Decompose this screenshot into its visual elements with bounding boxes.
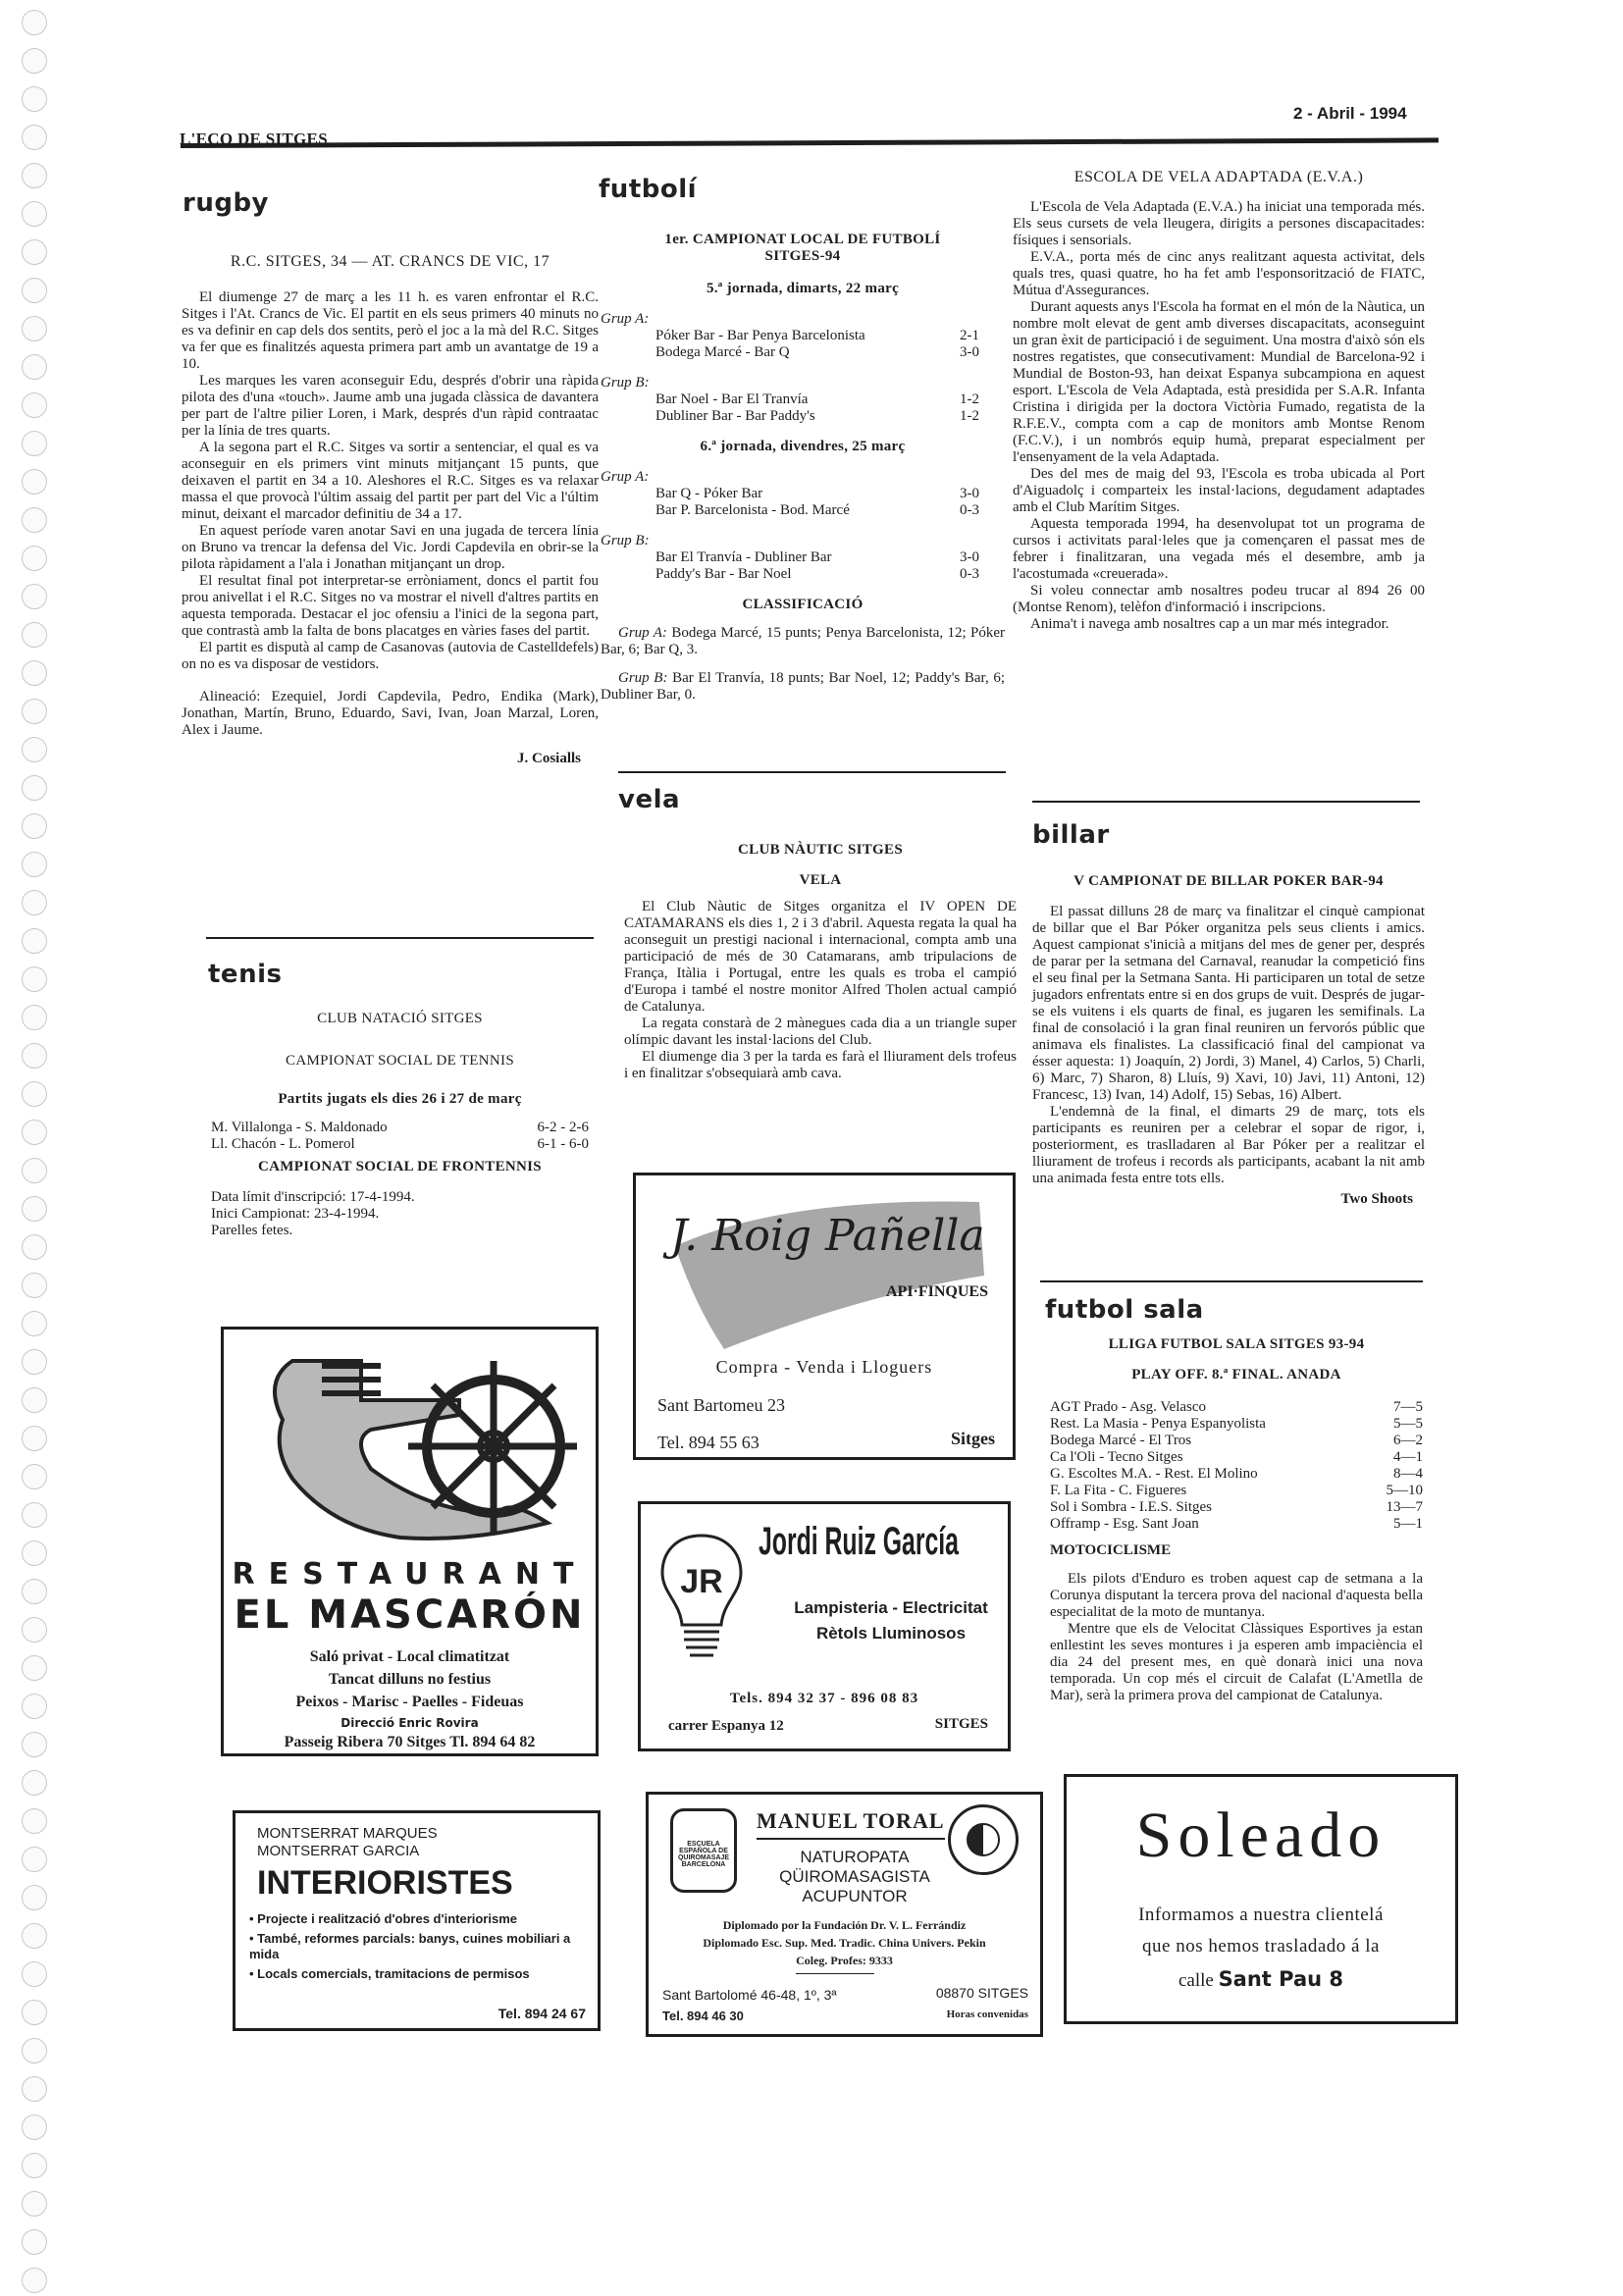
yin-yang-seal-icon: [948, 1804, 1019, 1875]
group-label: Grup A:: [618, 625, 667, 641]
match-teams: Bar Q - Póker Bar: [601, 486, 762, 502]
service-item: • També, reformes parcials: banys, cuine…: [249, 1931, 593, 1962]
section-heading-tenis: tenis: [208, 960, 282, 989]
tennis-championship-title: CAMPIONAT SOCIAL DE TENNIS: [211, 1053, 589, 1070]
match-teams: Póker Bar - Bar Penya Barcelonista: [601, 328, 865, 344]
binding-hole: [22, 1349, 47, 1375]
match-score: 3-0: [960, 344, 1005, 361]
round-heading: 6.ª jornada, divendres, 25 març: [601, 439, 1005, 455]
match-teams: Bodega Marcé - Bar Q: [601, 344, 790, 361]
ad-jordi-ruiz-phones: Tels. 894 32 37 - 896 08 83: [641, 1691, 1008, 1707]
match-score: 6—2: [1393, 1433, 1423, 1449]
section-heading-futboli: futbolí: [599, 175, 697, 204]
ad-roig-brand: API·FINQUES: [886, 1283, 988, 1301]
binding-hole: [22, 1196, 47, 1222]
binding-hole: [22, 2076, 47, 2102]
binding-hole: [22, 431, 47, 456]
ad-jordi-ruiz-garcia: JR Jordi Ruiz García Lampisteria - Elect…: [638, 1501, 1011, 1751]
masthead-rule: [181, 137, 1439, 148]
match-row: Sol i Sombra - I.E.S. Sitges13—7: [1050, 1499, 1423, 1516]
ad-soleado-line: que nos hemos trasladado á la: [1067, 1936, 1455, 1957]
eva-paragraph: Anima't i navega amb nosaltres cap a un …: [1013, 616, 1425, 633]
match-row: Póker Bar - Bar Penya Barcelonista2-1: [601, 328, 1005, 344]
binding-hole: [22, 1234, 47, 1260]
binding-hole: [22, 2000, 47, 2025]
tenis-article: CLUB NATACIÓ SITGES CAMPIONAT SOCIAL DE …: [211, 1011, 589, 1239]
match-score: 0-3: [960, 566, 1005, 583]
binding-hole: [22, 928, 47, 954]
binding-hole: [22, 1311, 47, 1336]
match-players: Ll. Chacón - L. Pomerol: [211, 1136, 355, 1153]
ad-mascaron-restaurant: RESTAURANT: [224, 1557, 596, 1592]
motociclisme-paragraph: Els pilots d'Enduro es troben aquest cap…: [1050, 1571, 1423, 1621]
ad-mascaron-line: Tancat dilluns no festius: [224, 1671, 596, 1689]
binding-hole: [22, 1923, 47, 1949]
match-row: Offramp - Esg. Sant Joan5—1: [1050, 1516, 1423, 1533]
toral-title: QÜIROMASAGISTA: [757, 1867, 953, 1887]
match-teams: Sol i Sombra - I.E.S. Sitges: [1050, 1499, 1212, 1516]
service-item: • Locals comercials, tramitacions de per…: [249, 1966, 593, 1982]
match-score: 8—4: [1393, 1466, 1423, 1483]
match-score: 0-3: [960, 502, 1005, 519]
binding-hole: [22, 2153, 47, 2178]
binding-hole: [22, 1885, 47, 1910]
rugby-paragraph: El partit es disputà al camp de Casanova…: [182, 640, 599, 673]
vela-club-title: CLUB NÀUTIC SITGES: [624, 842, 1017, 859]
ad-mascaron-line: Peixos - Marisc - Paelles - Fideuas: [224, 1694, 596, 1711]
match-players: M. Villalonga - S. Maldonado: [211, 1120, 388, 1136]
vela-paragraph: La regata constarà de 2 mànegues cada di…: [624, 1016, 1017, 1049]
service-item: • Projecte i realització d'obres d'inter…: [249, 1911, 593, 1927]
match-row: Bar Q - Póker Bar3-0: [601, 486, 1005, 502]
match-teams: Bodega Marcé - El Tros: [1050, 1433, 1191, 1449]
binding-hole: [22, 125, 47, 150]
frontennis-start: Inici Campionat: 23-4-1994.: [211, 1206, 589, 1223]
binding-hole: [22, 890, 47, 915]
match-score: 6-2 - 2-6: [538, 1120, 590, 1136]
match-teams: Bar P. Barcelonista - Bod. Marcé: [601, 502, 850, 519]
binding-hole: [22, 1387, 47, 1413]
match-row: Dubliner Bar - Bar Paddy's1-2: [601, 408, 1005, 425]
match-teams: F. La Fita - C. Figueres: [1050, 1483, 1186, 1499]
futbol-sala-results: AGT Prado - Asg. Velasco7—5 Rest. La Mas…: [1050, 1399, 1423, 1533]
binding-hole: [22, 1617, 47, 1643]
toral-address: Sant Bartolomé 46-48, 1º, 3ª: [662, 1987, 837, 2003]
binding-hole: [22, 546, 47, 571]
ad-mascaron-name: EL MASCARÓN: [224, 1592, 596, 1638]
toral-phone: Tel. 894 46 30: [662, 2009, 744, 2023]
binding-hole: [22, 813, 47, 839]
match-score: 6-1 - 6-0: [538, 1136, 590, 1153]
binding-hole: [22, 1043, 47, 1069]
vela-article: CLUB NÀUTIC SITGES VELA El Club Nàutic d…: [624, 842, 1017, 1082]
tennis-dates: Partits jugats els dies 26 i 27 de març: [211, 1091, 589, 1108]
binding-hole: [22, 2038, 47, 2063]
match-score: 1-2: [960, 408, 1005, 425]
futbol-sala-article: LLIGA FUTBOL SALA SITGES 93-94 PLAY OFF.…: [1050, 1336, 1423, 1704]
binding-hole: [22, 1426, 47, 1451]
ad-jordi-ruiz-town: SITGES: [935, 1716, 988, 1733]
vela-paragraph: El Club Nàutic de Sitges organitza el IV…: [624, 899, 1017, 1016]
group-label: Grup A:: [601, 469, 1005, 486]
binding-hole: [22, 10, 47, 35]
binding-hole: [22, 469, 47, 495]
toral-diploma: Diplomado Esc. Sup. Med. Tradic. China U…: [649, 1936, 1040, 1951]
group-label: Grup B:: [601, 375, 1005, 391]
rugby-lineup: Alineació: Ezequiel, Jordi Capdevila, Pe…: [182, 689, 599, 739]
toral-college-number: Coleg. Profes: 9333: [649, 1954, 1040, 1968]
rugby-paragraph: El diumenge 27 de març a les 11 h. es va…: [182, 289, 599, 373]
league-title: LLIGA FUTBOL SALA SITGES 93-94: [1050, 1336, 1423, 1353]
frontennis-deadline: Data límit d'inscripció: 17-4-1994.: [211, 1189, 589, 1206]
toral-hours: Horas convenidas: [947, 2009, 1028, 2020]
match-row: Bodega Marcé - El Tros6—2: [1050, 1433, 1423, 1449]
divider: [206, 937, 594, 939]
standings-title: CLASSIFICACIÓ: [601, 597, 1005, 613]
match-row: Bodega Marcé - Bar Q3-0: [601, 344, 1005, 361]
section-heading-rugby: rugby: [183, 188, 269, 218]
binding-hole: [22, 660, 47, 686]
ad-roig-logo: J. Roig Pañella: [670, 1211, 985, 1261]
ad-interioristes-services: • Projecte i realització d'obres d'inter…: [249, 1911, 593, 1982]
binding-hole: [22, 622, 47, 648]
ad-mascaron-address: Passeig Ribera 70 Sitges Tl. 894 64 82: [224, 1734, 596, 1751]
issue-date: 2 - Abril - 1994: [1293, 104, 1407, 124]
toral-title: NATUROPATA: [757, 1848, 953, 1867]
toral-title: ACUPUNTOR: [757, 1887, 953, 1906]
standings-group-b: Grup B: Bar El Tranvía, 18 punts; Bar No…: [601, 670, 1005, 704]
round-heading: 5.ª jornada, dimarts, 22 març: [601, 281, 1005, 297]
frontennis-info: Data límit d'inscripció: 17-4-1994. Inic…: [211, 1189, 589, 1239]
match-score: 3-0: [960, 549, 1005, 566]
group-label: Grup A:: [601, 311, 1005, 328]
binding-hole: [22, 584, 47, 609]
svg-text:JR: JR: [680, 1563, 722, 1600]
address-prefix: calle: [1178, 1970, 1214, 1991]
binding-hole: [22, 1732, 47, 1757]
ad-jordi-ruiz-address: carrer Espanya 12: [668, 1718, 784, 1735]
ad-interioristes: MONTSERRAT MARQUES MONTSERRAT GARCIA INT…: [233, 1810, 601, 2031]
match-teams: AGT Prado - Asg. Velasco: [1050, 1399, 1206, 1416]
match-teams: G. Escoltes M.A. - Rest. El Molino: [1050, 1466, 1258, 1483]
vela-paragraph: El diumenge dia 3 per la tarda es farà e…: [624, 1049, 1017, 1082]
rugby-article: R.C. SITGES, 34 — AT. CRANCS DE VIC, 17 …: [182, 253, 599, 767]
address-street: Sant Pau 8: [1219, 1967, 1343, 1991]
binding-hole: [22, 316, 47, 341]
ad-roig-phone: Tel. 894 55 63: [657, 1433, 759, 1453]
seal-text: ESCUELA ESPAÑOLA DE QUIROMASAJE BARCELON…: [673, 1841, 734, 1868]
toral-city: 08870 SITGES: [936, 1985, 1028, 2001]
motociclisme-paragraph: Mentre que els de Velocitat Clàssiques E…: [1050, 1621, 1423, 1704]
binding-hole: [22, 2229, 47, 2255]
ad-roig-address: Sant Bartomeu 23: [657, 1395, 785, 1416]
binding-hole: [22, 2191, 47, 2217]
playoff-title: PLAY OFF. 8.ª FINAL. ANADA: [1050, 1367, 1423, 1383]
binding-hole: [22, 507, 47, 533]
frontennis-note: Parelles fetes.: [211, 1223, 589, 1239]
mermaid-ship-wheel-icon: [253, 1341, 577, 1552]
ad-roig-panella: J. Roig Pañella API·FINQUES Compra - Ven…: [633, 1173, 1016, 1460]
billar-headline: V CAMPIONAT DE BILLAR POKER BAR-94: [1032, 873, 1425, 890]
binding-hole: [22, 1808, 47, 1834]
ad-soleado-line: Informamos a nuestra clientelá: [1067, 1905, 1455, 1926]
match-score: 2-1: [960, 328, 1005, 344]
match-teams: Dubliner Bar - Bar Paddy's: [601, 408, 815, 425]
spiral-binding-holes: [22, 10, 51, 2286]
quiromasaje-seal-icon: ESCUELA ESPAÑOLA DE QUIROMASAJE BARCELON…: [670, 1808, 737, 1893]
ad-soleado-address: calle Sant Pau 8: [1067, 1967, 1455, 1992]
binding-hole: [22, 278, 47, 303]
rugby-paragraph: Les marques les varen aconseguir Edu, de…: [182, 373, 599, 440]
match-score: 5—1: [1393, 1516, 1423, 1533]
match-teams: Rest. La Masia - Penya Espanyolista: [1050, 1416, 1266, 1433]
binding-hole: [22, 966, 47, 992]
ad-toral-name: MANUEL TORAL: [757, 1808, 945, 1840]
rugby-paragraph: El resultat final pot interpretar-se err…: [182, 573, 599, 640]
binding-hole: [22, 1770, 47, 1796]
billar-article: V CAMPIONAT DE BILLAR POKER BAR-94 El pa…: [1032, 873, 1425, 1208]
binding-hole: [22, 1694, 47, 1719]
group-label: Grup B:: [601, 533, 1005, 549]
divider: [796, 1973, 874, 1974]
ad-soleado: Soleado Informamos a nuestra clientelá q…: [1064, 1774, 1458, 2024]
match-score: 3-0: [960, 486, 1005, 502]
billar-author: Two Shoots: [1032, 1191, 1413, 1208]
binding-hole: [22, 2114, 47, 2140]
eva-article: ESCOLA DE VELA ADAPTADA (E.V.A.) L'Escol…: [1013, 169, 1425, 633]
service-text: Projecte i realització d'obres d'interio…: [257, 1911, 517, 1926]
binding-hole: [22, 1158, 47, 1183]
match-row: G. Escoltes M.A. - Rest. El Molino8—4: [1050, 1466, 1423, 1483]
match-score: 5—5: [1393, 1416, 1423, 1433]
binding-hole: [22, 775, 47, 801]
eva-paragraph: Durant aquests anys l'Escola ha format e…: [1013, 299, 1425, 466]
divider: [618, 771, 1006, 773]
binding-hole: [22, 48, 47, 74]
billar-paragraph: El passat dilluns 28 de març va finalitz…: [1032, 904, 1425, 1104]
futboli-article: 1er. CAMPIONAT LOCAL DE FUTBOLÍ SITGES-9…: [601, 232, 1005, 704]
service-text: També, reformes parcials: banys, cuines …: [249, 1931, 570, 1961]
binding-hole: [22, 2268, 47, 2293]
binding-hole: [22, 1081, 47, 1107]
match-teams: Bar El Tranvía - Dubliner Bar: [601, 549, 832, 566]
ad-interioristes-phone: Tel. 894 24 67: [498, 2006, 586, 2021]
match-teams: Ca l'Oli - Tecno Sitges: [1050, 1449, 1183, 1466]
binding-hole: [22, 737, 47, 762]
binding-hole: [22, 699, 47, 724]
binding-hole: [22, 1005, 47, 1030]
futboli-subtitle: SITGES-94: [601, 248, 1005, 265]
group-label: Grup B:: [618, 670, 667, 686]
match-teams: Paddy's Bar - Bar Noel: [601, 566, 792, 583]
match-score: 4—1: [1393, 1449, 1423, 1466]
ad-roig-town: Sitges: [951, 1429, 995, 1449]
match-teams: Offramp - Esg. Sant Joan: [1050, 1516, 1199, 1533]
binding-hole: [22, 86, 47, 112]
binding-hole: [22, 392, 47, 418]
section-heading-vela: vela: [618, 785, 680, 814]
ad-interioristes-name: MONTSERRAT GARCIA: [257, 1843, 419, 1860]
binding-hole: [22, 1540, 47, 1566]
eva-paragraph: Des del mes de maig del 93, l'Escola es …: [1013, 466, 1425, 516]
match-row: Paddy's Bar - Bar Noel0-3: [601, 566, 1005, 583]
binding-hole: [22, 201, 47, 227]
tennis-match-row: Ll. Chacón - L. Pomerol6-1 - 6-0: [211, 1136, 589, 1153]
ad-restaurant-el-mascaron: RESTAURANT EL MASCARÓN Saló privat - Loc…: [221, 1327, 599, 1756]
binding-hole: [22, 163, 47, 188]
eva-headline: ESCOLA DE VELA ADAPTADA (E.V.A.): [1013, 169, 1425, 185]
rugby-paragraph: A la segona part el R.C. Sitges va sorti…: [182, 440, 599, 523]
binding-hole: [22, 852, 47, 877]
ad-toral-titles: NATUROPATA QÜIROMASAGISTA ACUPUNTOR: [757, 1848, 953, 1906]
binding-hole: [22, 354, 47, 380]
match-row: Rest. La Masia - Penya Espanyolista5—5: [1050, 1416, 1423, 1433]
tennis-match-row: M. Villalonga - S. Maldonado6-2 - 2-6: [211, 1120, 589, 1136]
match-teams: Bar Noel - Bar El Tranvía: [601, 391, 808, 408]
toral-diploma: Diplomado por la Fundación Dr. V. L. Fer…: [649, 1918, 1040, 1933]
binding-hole: [22, 1273, 47, 1298]
ad-mascaron-direction: Direcció Enric Rovira: [224, 1716, 596, 1730]
match-row: Bar P. Barcelonista - Bod. Marcé0-3: [601, 502, 1005, 519]
ad-interioristes-title: INTERIORISTES: [257, 1864, 513, 1903]
ad-jordi-ruiz-line: Lampisteria - Electricitat: [778, 1598, 1004, 1618]
binding-hole: [22, 1502, 47, 1528]
binding-hole: [22, 239, 47, 265]
ad-mascaron-line: Saló privat - Local climatitzat: [224, 1648, 596, 1666]
rugby-author: J. Cosialls: [182, 751, 581, 767]
match-score: 1-2: [960, 391, 1005, 408]
binding-hole: [22, 1847, 47, 1872]
ad-manuel-toral: ESCUELA ESPAÑOLA DE QUIROMASAJE BARCELON…: [646, 1792, 1043, 2037]
ad-interioristes-name: MONTSERRAT MARQUES: [257, 1825, 438, 1843]
match-score: 13—7: [1387, 1499, 1424, 1516]
section-heading-billar: billar: [1032, 820, 1110, 850]
divider: [1032, 801, 1420, 803]
ad-jordi-ruiz-name: Jordi Ruiz García: [759, 1520, 959, 1564]
match-row: AGT Prado - Asg. Velasco7—5: [1050, 1399, 1423, 1416]
match-score: 7—5: [1393, 1399, 1423, 1416]
binding-hole: [22, 1961, 47, 1987]
eva-paragraph: L'Escola de Vela Adaptada (E.V.A.) ha in…: [1013, 199, 1425, 249]
rugby-paragraph: En aquest període varen anotar Savi en u…: [182, 523, 599, 573]
match-row: F. La Fita - C. Figueres5—10: [1050, 1483, 1423, 1499]
match-row: Bar Noel - Bar El Tranvía1-2: [601, 391, 1005, 408]
section-heading-futbol-sala: futbol sala: [1045, 1295, 1204, 1325]
divider: [1040, 1280, 1423, 1282]
eva-paragraph: Si voleu connectar amb nosaltres podeu t…: [1013, 583, 1425, 616]
binding-hole: [22, 1655, 47, 1681]
match-score: 5—10: [1387, 1483, 1424, 1499]
standings-group-a: Grup A: Bodega Marcé, 15 punts; Penya Ba…: [601, 625, 1005, 658]
binding-hole: [22, 1120, 47, 1145]
motociclisme-title: MOTOCICLISME: [1050, 1542, 1423, 1559]
match-row: Bar El Tranvía - Dubliner Bar3-0: [601, 549, 1005, 566]
ad-roig-services: Compra - Venda i Lloguers: [636, 1357, 1013, 1378]
ad-soleado-name: Soleado: [1067, 1799, 1455, 1873]
futboli-title: 1er. CAMPIONAT LOCAL DE FUTBOLÍ: [601, 232, 1005, 248]
vela-subtitle: VELA: [624, 872, 1017, 889]
binding-hole: [22, 1579, 47, 1604]
eva-paragraph: Aquesta temporada 1994, ha desenvolupat …: [1013, 516, 1425, 583]
match-row: Ca l'Oli - Tecno Sitges4—1: [1050, 1449, 1423, 1466]
eva-paragraph: E.V.A., porta més de cinc anys realitzan…: [1013, 249, 1425, 299]
tennis-results: M. Villalonga - S. Maldonado6-2 - 2-6 Ll…: [211, 1120, 589, 1153]
tenis-club: CLUB NATACIÓ SITGES: [211, 1011, 589, 1027]
lightbulb-icon: JR: [660, 1532, 744, 1669]
ad-jordi-ruiz-line: Rètols Lluminosos: [778, 1624, 1004, 1644]
binding-hole: [22, 1464, 47, 1489]
rugby-headline: R.C. SITGES, 34 — AT. CRANCS DE VIC, 17: [182, 253, 599, 270]
frontennis-title: CAMPIONAT SOCIAL DE FRONTENNIS: [211, 1159, 589, 1175]
service-text: Locals comercials, tramitacions de permi…: [257, 1966, 529, 1981]
billar-paragraph: L'endemnà de la final, el dimarts 29 de …: [1032, 1104, 1425, 1187]
